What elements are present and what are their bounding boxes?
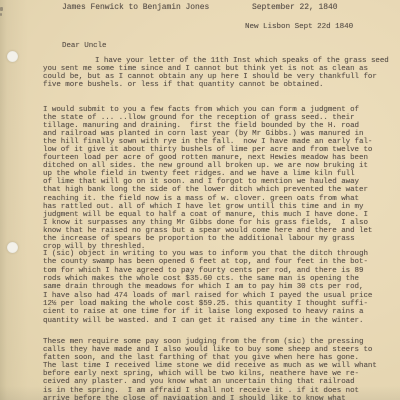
paragraph-ditch-marl: I (sic) object in writing to you was to … [43,250,372,325]
paragraph-lime-stone-railroad: The last time I received lime stone we d… [43,362,377,400]
scan-edge-mark-1 [0,7,3,11]
scan-edge-mark-2 [0,13,2,16]
letter-dateline: New Lisbon Sept 22d 1840 [245,23,353,31]
paragraph-grass-seed: I have your letter of the 11th Inst whic… [43,57,389,90]
letter-page: James Fenwick to Benjamin Jones Septembe… [0,0,400,400]
paragraph-tillage-manuring: I would submit to you a few facts from w… [43,106,372,251]
hole-punch-top [7,51,18,62]
salutation: Dear Uncle [62,42,107,50]
paragraph-pay-sheep-steers: These men require some pay soon judging … [43,338,372,363]
hole-punch-bottom [7,242,18,253]
archive-header-names: James Fenwick to Benjamin Jones [62,4,209,12]
archive-header-date: September 22, 1840 [252,4,338,12]
